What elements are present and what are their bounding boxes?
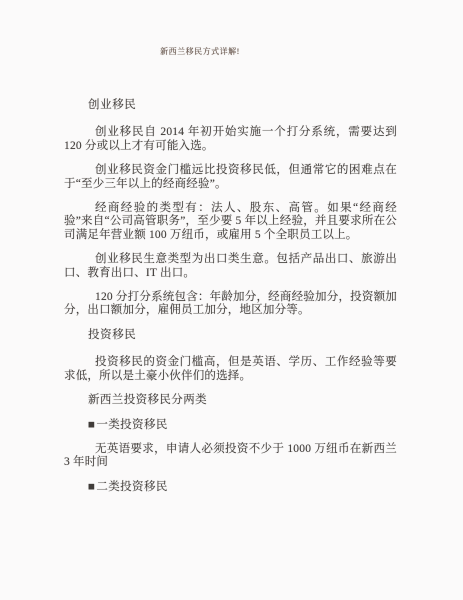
bullet-item-category-two: ■二类投资移民 <box>88 481 397 494</box>
paragraph-120-point-system: 120 分打分系统包含：年龄加分，经商经验加分，投资额加分，出口额加分，雇佣员工… <box>64 291 397 318</box>
section-heading-entrepreneur-migration: 创业移民 <box>88 99 397 112</box>
document-page: 新西兰移民方式详解! 创业移民 创业移民自 2014 年初开始实施一个打分系统，… <box>0 0 463 600</box>
paragraph-funding-threshold: 创业移民资金门槛远比投资移民低，但通常它的困难点在于“至少三年以上的经商经验”。 <box>64 164 397 191</box>
square-bullet-icon: ■ <box>88 419 95 432</box>
page-title: 新西兰移民方式详解! <box>64 47 336 57</box>
bullet-label-category-one: 一类投资移民 <box>96 419 167 431</box>
paragraph-export-business-types: 创业移民生意类型为出口类生意。包括产品出口、旅游出口、教育出口、IT 出口。 <box>64 253 397 280</box>
subheading-two-investment-categories: 新西兰投资移民分两类 <box>88 394 397 407</box>
paragraph-business-experience-types: 经商经验的类型有：法人、股东、高管。如果“经商经验”来自“公司高管职务”，至少要… <box>64 202 397 242</box>
paragraph-category-one-requirements: 无英语要求，申请人必须投资不少于 1000 万纽币在新西兰 3 年时间 <box>64 443 397 470</box>
paragraph-scoring-system: 创业移民自 2014 年初开始实施一个打分系统，需要达到 120 分或以上才有可… <box>64 126 397 153</box>
paragraph-investment-requirements: 投资移民的资金门槛高，但是英语、学历、工作经验等要求低，所以是土豪小伙伴们的选择… <box>64 356 397 383</box>
section-heading-investment-migration: 投资移民 <box>88 329 397 342</box>
square-bullet-icon: ■ <box>88 481 95 494</box>
bullet-label-category-two: 二类投资移民 <box>96 481 167 493</box>
bullet-item-category-one: ■一类投资移民 <box>88 419 397 432</box>
document-body: 新西兰移民方式详解! 创业移民 创业移民自 2014 年初开始实施一个打分系统，… <box>64 47 397 505</box>
